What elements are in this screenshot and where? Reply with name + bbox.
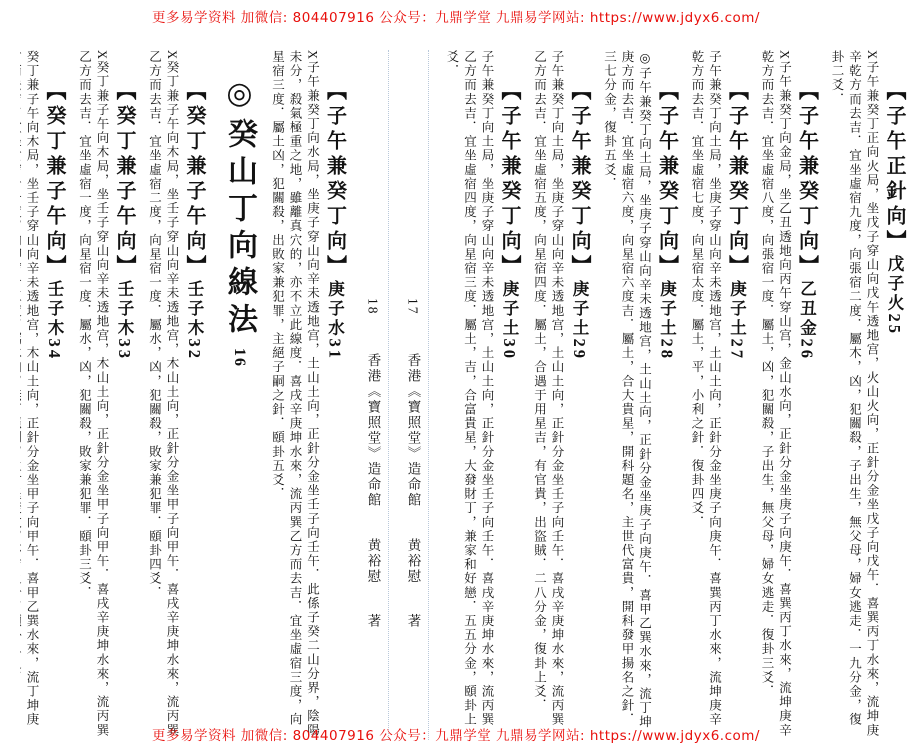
entry-title: 壬子木33 <box>115 280 134 361</box>
author-label: 著 <box>366 614 381 630</box>
entry-body: X子午兼癸丁正向火局，坐戊子穿山向戊午透地宫，火山火向，正針分金坐戊子向戊午．喜… <box>828 50 881 740</box>
entry-bracket: 【子午兼癸丁向】 <box>656 80 678 280</box>
page-marker-17: 17 香港《寶照堂》造命館 黄裕慰 著 <box>403 50 429 740</box>
publisher: 香港《寶照堂》造命館 <box>366 353 381 508</box>
entry-body: 子午兼癸丁向土局，坐庚子穿山向辛未透地宫，土山土向，正針分金坐壬子向壬午．喜戌辛… <box>530 50 565 740</box>
entry-body: X子午兼癸丁向金局，坐乙丑透地向丙午穿山宫，金山水向，正針分金坐庚子向庚午．喜巽… <box>758 50 793 740</box>
entry-title: 庚子土28 <box>658 280 677 361</box>
entry-heading: 【癸丁兼子午向】壬子木32 <box>180 50 208 740</box>
compass-entry-34: 【癸丁兼子午向】壬子木34 癸丁兼子午向木局，坐壬子穿山向辛未透地宫，木山土向，… <box>20 50 68 740</box>
author: 黄裕慰 <box>406 538 421 585</box>
entry-bracket: 【子午兼癸丁向】 <box>324 80 346 280</box>
entry-title: 乙丑金26 <box>798 280 817 361</box>
entry-body: 癸丁兼子午向木局，坐壬子穿山向辛未透地宫，木山土向，正針分金坐甲子向甲午．喜甲乙… <box>20 50 40 740</box>
entry-bracket: 【子午兼癸丁向】 <box>796 80 818 280</box>
entry-bracket: 【子午兼癸丁向】 <box>726 80 748 280</box>
entry-body: 子午兼癸丁向土局，坐庚子穿山向辛未透地宫，土山土向，正針分金坐庚子向庚午．喜巽丙… <box>688 50 723 740</box>
promo-banner-top: 更多易学资料 加微信: 804407916 公众号：九鼎学堂 九鼎易学网站: h… <box>0 6 912 26</box>
section-number: 16 <box>231 348 248 368</box>
entry-heading: 【癸丁兼子午向】壬子木34 <box>40 50 68 740</box>
page-number: 18 <box>366 298 381 316</box>
entry-heading: 【子午兼癸丁向】乙丑金26 <box>793 50 821 740</box>
entry-heading: 【子午兼癸丁向】庚子土28 <box>653 50 681 740</box>
compass-entry-26: 【子午兼癸丁向】乙丑金26 X子午兼癸丁向金局，坐乙丑透地向丙午穿山宫，金山水向… <box>758 50 821 740</box>
entry-heading: 【癸丁兼子午向】壬子木33 <box>110 50 138 740</box>
entry-bracket: 【子午正針向】 <box>883 80 905 255</box>
entry-title: 庚子水31 <box>326 280 345 361</box>
entry-bracket: 【癸丁兼子午向】 <box>43 80 65 280</box>
entry-bracket: 【癸丁兼子午向】 <box>113 80 135 280</box>
compass-entry-30: 【子午兼癸丁向】庚子土30 子午兼癸丁向土局，坐庚子穿山向辛未透地宫，土山土向，… <box>443 50 524 740</box>
entry-title: 庚子土27 <box>728 280 747 361</box>
entry-title: 壬子木32 <box>185 280 204 361</box>
section-title-text: ◎癸山丁向線法 <box>223 76 256 340</box>
entry-heading: 【子午兼癸丁向】庚子土29 <box>565 50 593 740</box>
compass-entry-31: 【子午兼癸丁向】庚子水31 X子午兼癸丁向水局，坐庚子穿山向辛未透地宫，土山土向… <box>268 50 349 740</box>
entry-heading: 【子午兼癸丁向】庚子土27 <box>723 50 751 740</box>
compass-entry-25: 【子午正針向】戊子火25 X子午兼癸丁正向火局，坐戊子穿山向戊午透地宫，火山火向… <box>828 50 909 740</box>
entry-heading: 【子午兼癸丁向】庚子土30 <box>495 50 523 740</box>
compass-entry-28: 【子午兼癸丁向】庚子土28 ◎子午兼癸丁向土局，坐庚子穿山向辛未透地宫，土山土向… <box>600 50 681 740</box>
entry-title: 庚子土29 <box>570 280 589 361</box>
compass-entry-29: 【子午兼癸丁向】庚子土29 子午兼癸丁向土局，坐庚子穿山向辛未透地宫，土山土向，… <box>530 50 593 740</box>
author-label: 著 <box>406 614 421 630</box>
entry-bracket: 【子午兼癸丁向】 <box>568 80 590 280</box>
entry-heading: 【子午兼癸丁向】庚子水31 <box>321 50 349 740</box>
entry-body: X子午兼癸丁向水局，坐庚子穿山向辛未透地宫，土山土向，正針分金坐壬子向壬午．此係… <box>268 50 321 740</box>
page-marker-18: 18 香港《寶照堂》造命館 黄裕慰 著 <box>363 50 389 740</box>
entry-body: X癸丁兼子午向木局，坐壬子穿山向辛未透地宫，木山土向，正針分金坐甲子向甲午．喜戌… <box>145 50 180 740</box>
entry-bracket: 【子午兼癸丁向】 <box>498 80 520 280</box>
entry-heading: 【子午正針向】戊子火25 <box>880 50 908 740</box>
entry-title: 戊子火25 <box>885 255 904 336</box>
compass-entry-32: 【癸丁兼子午向】壬子木32 X癸丁兼子午向木局，坐壬子穿山向辛未透地宫，木山土向… <box>145 50 208 740</box>
page-number: 17 <box>406 298 421 316</box>
entry-title: 壬子木34 <box>45 280 64 361</box>
entry-title: 庚子土30 <box>500 280 519 361</box>
section-title: ◎癸山丁向線法16 <box>220 50 258 740</box>
publisher: 香港《寶照堂》造命館 <box>406 353 421 508</box>
author: 黄裕慰 <box>366 538 381 585</box>
promo-banner-bottom: 更多易学资料 加微信: 804407916 公众号：九鼎学堂 九鼎易学网站: h… <box>0 724 912 744</box>
compass-entry-33: 【癸丁兼子午向】壬子木33 X癸丁兼子午向木局，坐壬子穿山向辛未透地宫，木山土向… <box>75 50 138 740</box>
scanned-book-page: 更多易学资料 加微信: 804407916 公众号：九鼎学堂 九鼎易学网站: h… <box>0 0 912 749</box>
entry-body: 子午兼癸丁向土局，坐庚子穿山向辛未透地宫，土山土向，正針分金坐壬子向壬午．喜戌辛… <box>443 50 496 740</box>
compass-entry-27: 【子午兼癸丁向】庚子土27 子午兼癸丁向土局，坐庚子穿山向辛未透地宫，土山土向，… <box>688 50 751 740</box>
entry-body: X癸丁兼子午向木局，坐壬子穿山向辛未透地宫，木山土向，正針分金坐甲子向甲午．喜戌… <box>75 50 110 740</box>
book-spread: 【子午正針向】戊子火25 X子午兼癸丁正向火局，坐戊子穿山向戊午透地宫，火山火向… <box>20 50 908 740</box>
entry-body: ◎子午兼癸丁向土局，坐庚子穿山向辛未透地宫，土山土向，正針分金坐庚子向庚午．喜甲… <box>600 50 653 740</box>
entry-bracket: 【癸丁兼子午向】 <box>183 80 205 280</box>
